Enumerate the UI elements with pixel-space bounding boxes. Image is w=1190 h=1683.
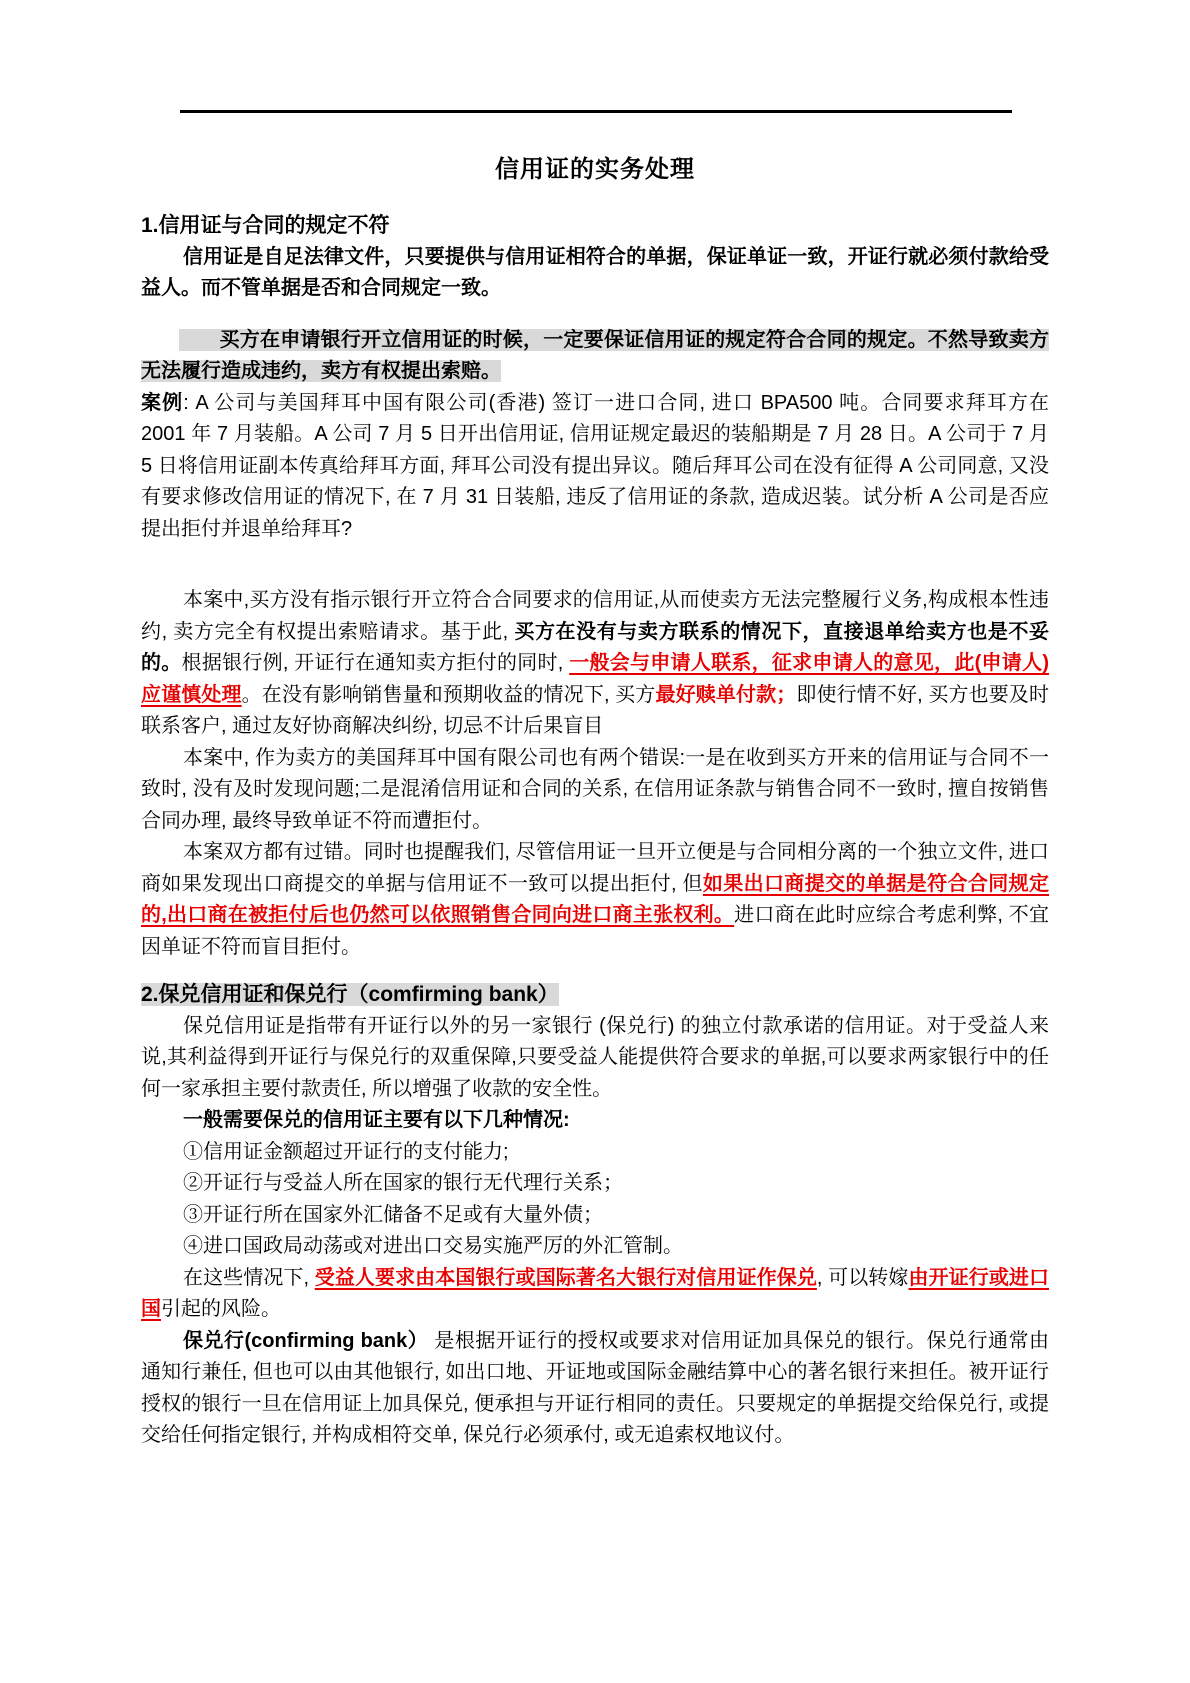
- text-run-normal: ③开证行所在国家外汇储备不足或有大量外债；: [183, 1204, 603, 1226]
- text-run-bold: 案例: [141, 392, 183, 414]
- text-run-redb: 最好赎单付款；: [655, 684, 796, 706]
- text-run-normal: 本案中, 作为卖方的美国拜耳中国有限公司也有两个错误:一是在收到买方开来的信用证…: [141, 747, 1049, 832]
- text-run-normal: 根据银行例, 开证行在通知卖方拒付的同时,: [182, 652, 570, 674]
- paragraph-spacer: [141, 305, 1049, 325]
- text-run-normal: ④进口国政局动荡或对进出口交易实施严厉的外汇管制。: [183, 1235, 683, 1257]
- paragraph: 本案双方都有过错。同时也提醒我们, 尽管信用证一旦开立便是与合同相分离的一个独立…: [141, 837, 1049, 963]
- page-title: 信用证的实务处理: [141, 153, 1049, 187]
- paragraph: 在这些情况下, 受益人要求由本国银行或国际著名大银行对信用证作保兑, 可以转嫁由…: [141, 1263, 1049, 1326]
- paragraph: 保兑信用证是指带有开证行以外的另一家银行 (保兑行) 的独立付款承诺的信用证。对…: [141, 1011, 1049, 1106]
- document-page: 信用证的实务处理 1.信用证与合同的规定不符信用证是自足法律文件，只要提供与信用…: [0, 0, 1190, 1683]
- text-run-normal: 。在没有影响销售量和预期收益的情况下, 买方: [242, 684, 656, 706]
- text-run-normal: , 可以转嫁: [817, 1267, 909, 1289]
- paragraph: 保兑行(confirming bank） 是根据开证行的授权或要求对信用证加具保…: [141, 1326, 1049, 1452]
- text-run-normal: 保兑信用证是指带有开证行以外的另一家银行 (保兑行) 的独立付款承诺的信用证。对…: [141, 1015, 1049, 1100]
- paragraph: ①信用证金额超过开证行的支付能力;: [141, 1137, 1049, 1169]
- paragraph: ②开证行与受益人所在国家的银行无代理行关系；: [141, 1168, 1049, 1200]
- document-body: 1.信用证与合同的规定不符信用证是自足法律文件，只要提供与信用证相符合的单据，保…: [141, 210, 1049, 1452]
- text-run-normal: 在这些情况下,: [183, 1267, 315, 1289]
- text-run-normal: 引起的风险。: [161, 1298, 281, 1320]
- text-run-bold: 信用证是自足法律文件，只要提供与信用证相符合的单据，保证单证一致，开证行就必须付…: [141, 246, 1049, 300]
- text-run-bold: 保兑行(confirming bank）: [183, 1330, 428, 1352]
- paragraph-spacer: [141, 963, 1049, 979]
- paragraph: 一般需要保兑的信用证主要有以下几种情况:: [141, 1105, 1049, 1137]
- paragraph: 本案中, 作为卖方的美国拜耳中国有限公司也有两个错误:一是在收到买方开来的信用证…: [141, 743, 1049, 838]
- section-heading: 1.信用证与合同的规定不符: [141, 210, 1049, 242]
- text-run-hl: 2.保兑信用证和保兑行（comfirming bank）: [141, 983, 559, 1006]
- paragraph: 本案中,买方没有指示银行开立符合合同要求的信用证,从而使卖方无法完整履行义务,构…: [141, 585, 1049, 743]
- paragraph-spacer: [141, 545, 1049, 585]
- paragraph: ④进口国政局动荡或对进出口交易实施严厉的外汇管制。: [141, 1231, 1049, 1263]
- paragraph: 信用证是自足法律文件，只要提供与信用证相符合的单据，保证单证一致，开证行就必须付…: [141, 242, 1049, 305]
- text-run-boldhl: 买方在申请银行开立信用证的时候，一定要保证信用证的规定符合合同的规定。不然导致卖…: [141, 329, 1049, 383]
- text-run-bold: 一般需要保兑的信用证主要有以下几种情况:: [183, 1109, 570, 1131]
- section-heading: 2.保兑信用证和保兑行（comfirming bank）: [141, 979, 1049, 1011]
- text-run-normal: 1.信用证与合同的规定不符: [141, 214, 390, 237]
- paragraph: ③开证行所在国家外汇储备不足或有大量外债；: [141, 1200, 1049, 1232]
- paragraph: 买方在申请银行开立信用证的时候，一定要保证信用证的规定符合合同的规定。不然导致卖…: [141, 325, 1049, 388]
- text-run-normal: : A 公司与美国拜耳中国有限公司(香港) 签订一进口合同, 进口 BPA500…: [141, 392, 1049, 540]
- text-run-normal: ②开证行与受益人所在国家的银行无代理行关系；: [183, 1172, 623, 1194]
- text-run-redu: 受益人要求由本国银行或国际著名大银行对信用证作保兑: [315, 1267, 817, 1289]
- paragraph: 案例: A 公司与美国拜耳中国有限公司(香港) 签订一进口合同, 进口 BPA5…: [141, 388, 1049, 546]
- header-rule: [180, 110, 1012, 113]
- text-run-normal: ①信用证金额超过开证行的支付能力;: [183, 1141, 509, 1163]
